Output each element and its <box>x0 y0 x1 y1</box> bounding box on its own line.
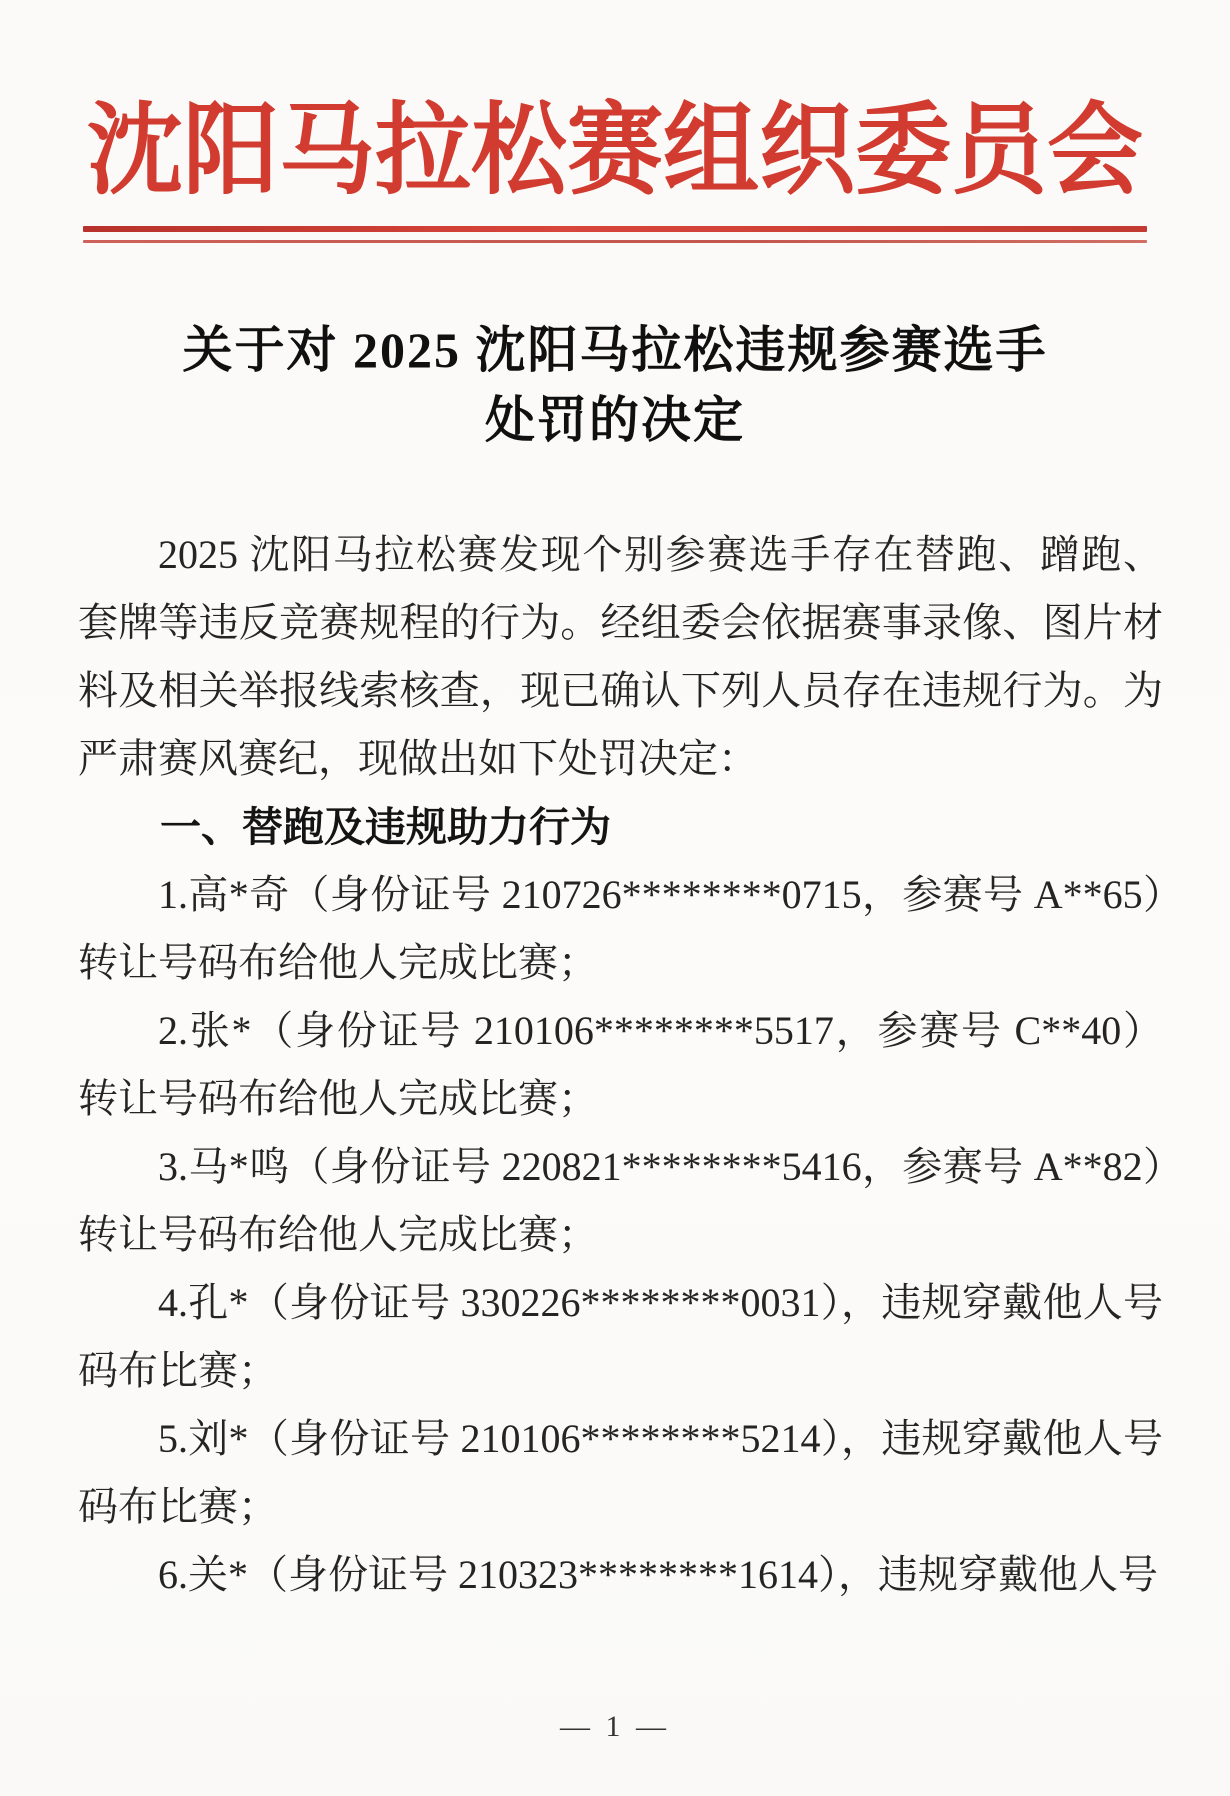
violation-item-3: 3.马*鸣（身份证号 220821********5416，参赛号 A**82）… <box>78 1133 1163 1269</box>
document-title: 关于对 2025 沈阳马拉松违规参赛选手 处罚的决定 <box>0 315 1230 455</box>
letterhead-rules <box>83 226 1147 243</box>
violation-item-2: 2.张*（身份证号 210106********5517，参赛号 C**40）转… <box>78 997 1163 1133</box>
violation-item-5: 5.刘*（身份证号 210106********5214），违规穿戴他人号码布比… <box>78 1405 1163 1541</box>
page-number: — 1 — <box>0 1710 1230 1744</box>
document-body: 2025 沈阳马拉松赛发现个别参赛选手存在替跑、蹭跑、套牌等违反竞赛规程的行为。… <box>78 521 1163 1609</box>
violation-item-4: 4.孔*（身份证号 330226********0031），违规穿戴他人号码布比… <box>78 1269 1163 1405</box>
letterhead-rule-thick <box>83 226 1147 232</box>
organization-title: 沈阳马拉松赛组织委员会 <box>40 90 1190 213</box>
letterhead: 沈阳马拉松赛组织委员会 <box>0 92 1230 243</box>
intro-paragraph: 2025 沈阳马拉松赛发现个别参赛选手存在替跑、蹭跑、套牌等违反竞赛规程的行为。… <box>78 521 1163 793</box>
violation-item-6: 6.关*（身份证号 210323********1614），违规穿戴他人号 <box>78 1541 1163 1609</box>
violation-item-1: 1.高*奇（身份证号 210726********0715，参赛号 A**65）… <box>78 861 1163 997</box>
document-page: 沈阳马拉松赛组织委员会 关于对 2025 沈阳马拉松违规参赛选手 处罚的决定 2… <box>0 0 1230 1796</box>
document-title-line1: 关于对 2025 沈阳马拉松违规参赛选手 <box>0 315 1230 385</box>
document-title-line2: 处罚的决定 <box>0 385 1230 455</box>
letterhead-rule-thin <box>83 240 1147 243</box>
section-1-heading: 一、替跑及违规助力行为 <box>78 793 1163 861</box>
